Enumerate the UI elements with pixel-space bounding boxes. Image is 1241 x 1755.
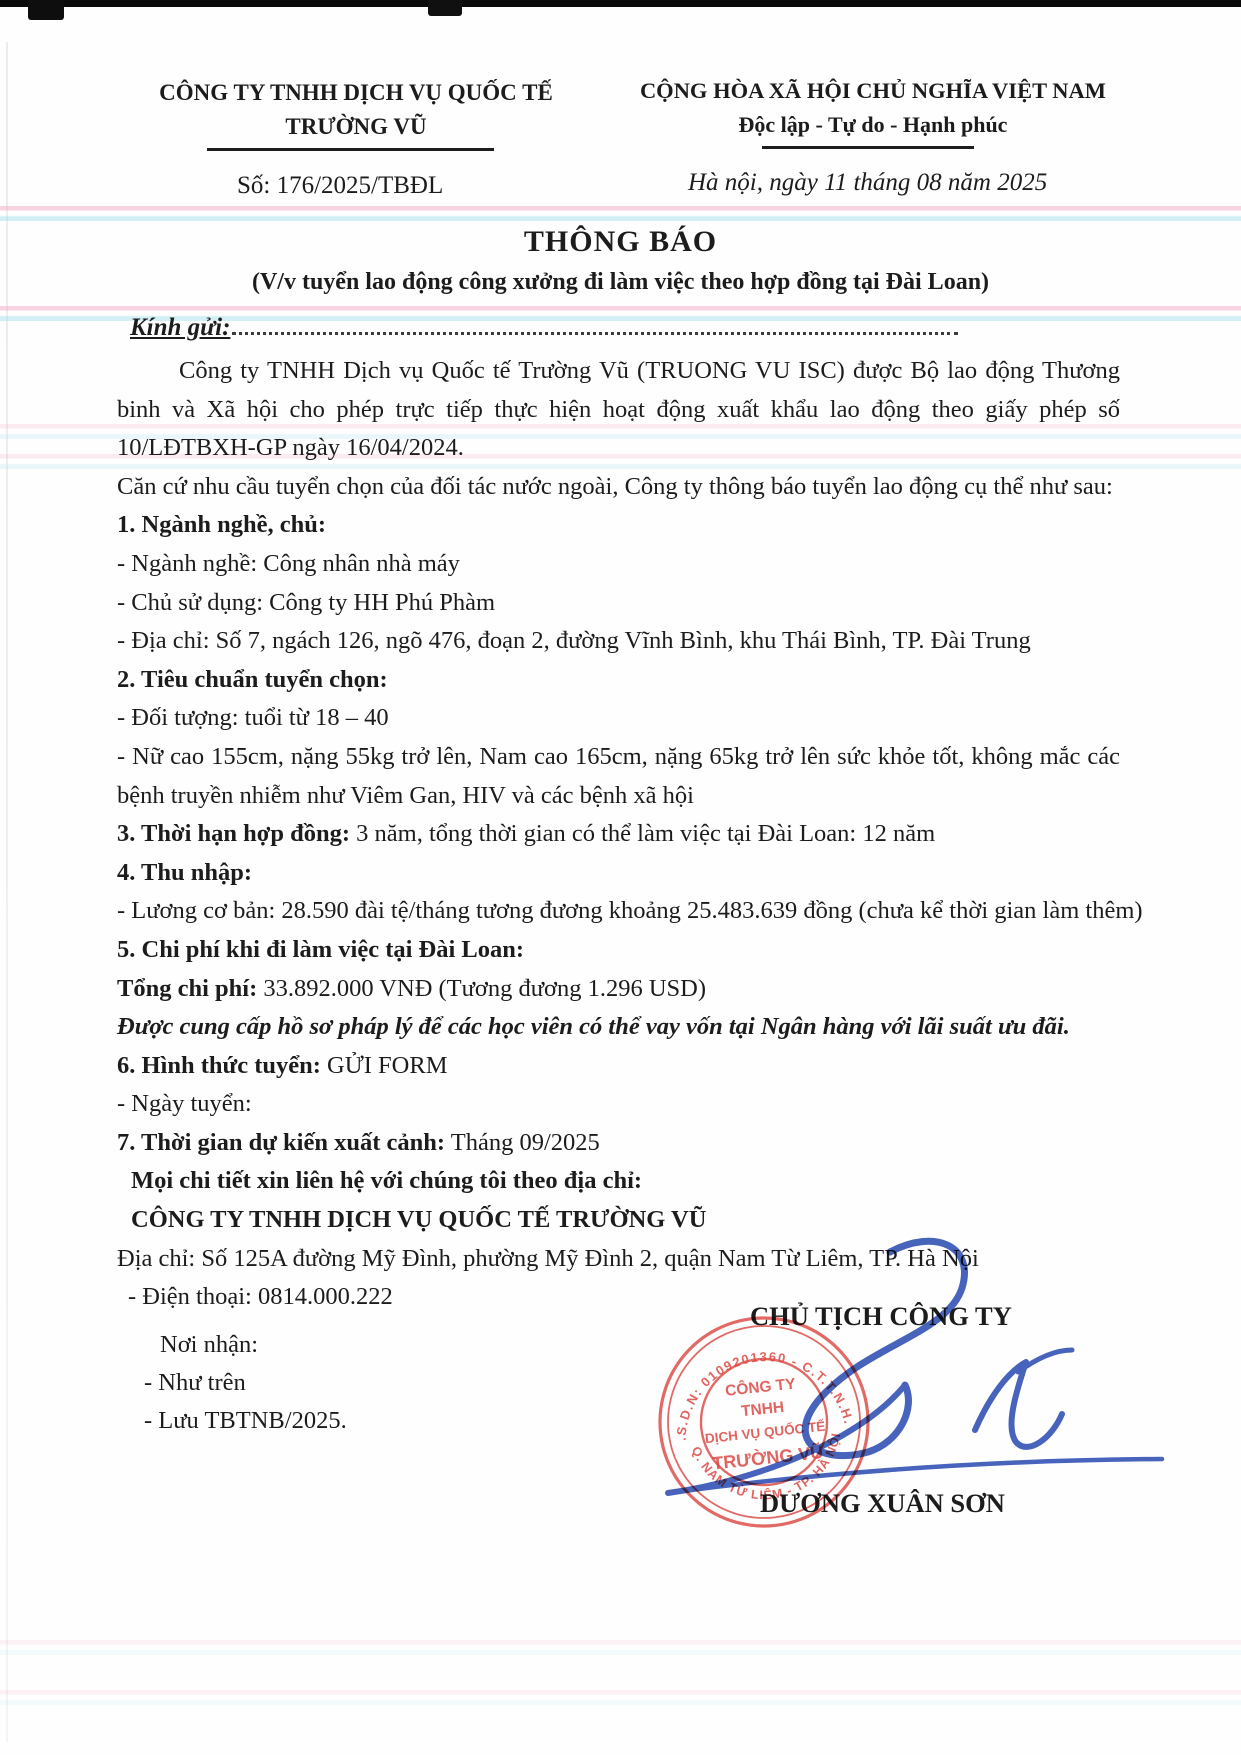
detail-line: - Lương cơ bản: 28.590 đài tệ/tháng tươn…	[117, 892, 1120, 931]
salutation-row: Kính gửi:	[130, 314, 958, 342]
issuer-underline	[207, 148, 494, 151]
section-heading: 3. Thời hạn hợp đồng: 3 năm, tổng thời g…	[117, 815, 1120, 854]
section-heading: 2. Tiêu chuẩn tuyển chọn:	[117, 661, 1120, 700]
section-heading: 4. Thu nhập:	[117, 854, 1120, 893]
section-heading: 6. Hình thức tuyển: GỬI FORM	[117, 1047, 1120, 1086]
total-cost-line: Tổng chi phí: 33.892.000 VNĐ (Tương đươn…	[117, 970, 1120, 1009]
dotted-leader	[232, 324, 958, 335]
national-underline	[762, 146, 974, 149]
document-number: Số: 176/2025/TBĐL	[237, 172, 443, 200]
handwritten-signature	[590, 1210, 1190, 1510]
recipient-item: - Lưu TBTNB/2025.	[117, 1402, 347, 1440]
section-heading: 7. Thời gian dự kiến xuất cảnh: Tháng 09…	[117, 1124, 1120, 1163]
scan-artifact-page-edge	[6, 42, 8, 1742]
detail-line: - Chủ sử dụng: Công ty HH Phú Phàm	[117, 584, 1120, 623]
issuer-name-line1: CÔNG TY TNHH DỊCH VỤ QUỐC TẾ	[110, 76, 602, 110]
scan-artifact-topbar	[0, 0, 1241, 7]
signature-graphic	[590, 1210, 1190, 1510]
recipients-block: Nơi nhận: - Như trên - Lưu TBTNB/2025.	[117, 1326, 347, 1440]
document-body: Công ty TNHH Dịch vụ Quốc tế Trường Vũ (…	[117, 352, 1120, 1317]
signature-stroke-main	[805, 1241, 964, 1455]
issuer-header: CÔNG TY TNHH DỊCH VỤ QUỐC TẾ TRƯỜNG VŨ	[110, 76, 602, 144]
detail-line: - Nữ cao 155cm, nặng 55kg trở lên, Nam c…	[117, 738, 1120, 815]
national-header: CỘNG HÒA XÃ HỘI CHỦ NGHĨA VIỆT NAM Độc l…	[618, 74, 1128, 142]
scan-artifact-blob	[28, 0, 64, 20]
scan-artifact-stripe	[0, 1640, 1241, 1655]
detail-line: - Ngành nghề: Công nhân nhà máy	[117, 545, 1120, 584]
document-title: THÔNG BÁO	[0, 225, 1241, 259]
detail-line: - Ngày tuyển:	[117, 1085, 1120, 1124]
basis-paragraph: Căn cứ nhu cầu tuyển chọn của đối tác nư…	[117, 468, 1120, 507]
section-heading: 5. Chi phí khi đi làm việc tại Đài Loan:	[117, 931, 1120, 970]
document-subject: (V/v tuyển lao động công xưởng đi làm vi…	[0, 269, 1241, 296]
scanned-document-page: { "document": { "issuer": { "line1": "CÔ…	[0, 0, 1241, 1755]
recipient-item: - Như trên	[117, 1364, 347, 1402]
detail-line: - Đối tượng: tuổi từ 18 – 40	[117, 699, 1120, 738]
recipients-label: Nơi nhận:	[117, 1326, 347, 1364]
loan-note-line: Được cung cấp hồ sơ pháp lý để các học v…	[117, 1008, 1120, 1047]
place-and-date: Hà nội, ngày 11 tháng 08 năm 2025	[688, 169, 1047, 197]
intro-paragraph: Công ty TNHH Dịch vụ Quốc tế Trường Vũ (…	[117, 352, 1120, 468]
scan-artifact-stripe	[0, 206, 1241, 221]
detail-line: - Địa chỉ: Số 7, ngách 126, ngõ 476, đoạ…	[117, 622, 1120, 661]
salutation-label: Kính gửi:	[130, 314, 230, 342]
scan-artifact-blob	[428, 0, 462, 16]
signature-stroke-letters	[975, 1362, 1062, 1447]
national-motto-line1: CỘNG HÒA XÃ HỘI CHỦ NGHĨA VIỆT NAM	[618, 74, 1128, 108]
scan-artifact-stripe	[0, 1690, 1241, 1705]
national-motto-line2: Độc lập - Tự do - Hạnh phúc	[618, 108, 1128, 142]
section-heading: 1. Ngành nghề, chủ:	[117, 506, 1120, 545]
issuer-name-line2: TRƯỜNG VŨ	[110, 110, 602, 144]
contact-intro-line: Mọi chi tiết xin liên hệ với chúng tôi t…	[117, 1162, 1120, 1201]
